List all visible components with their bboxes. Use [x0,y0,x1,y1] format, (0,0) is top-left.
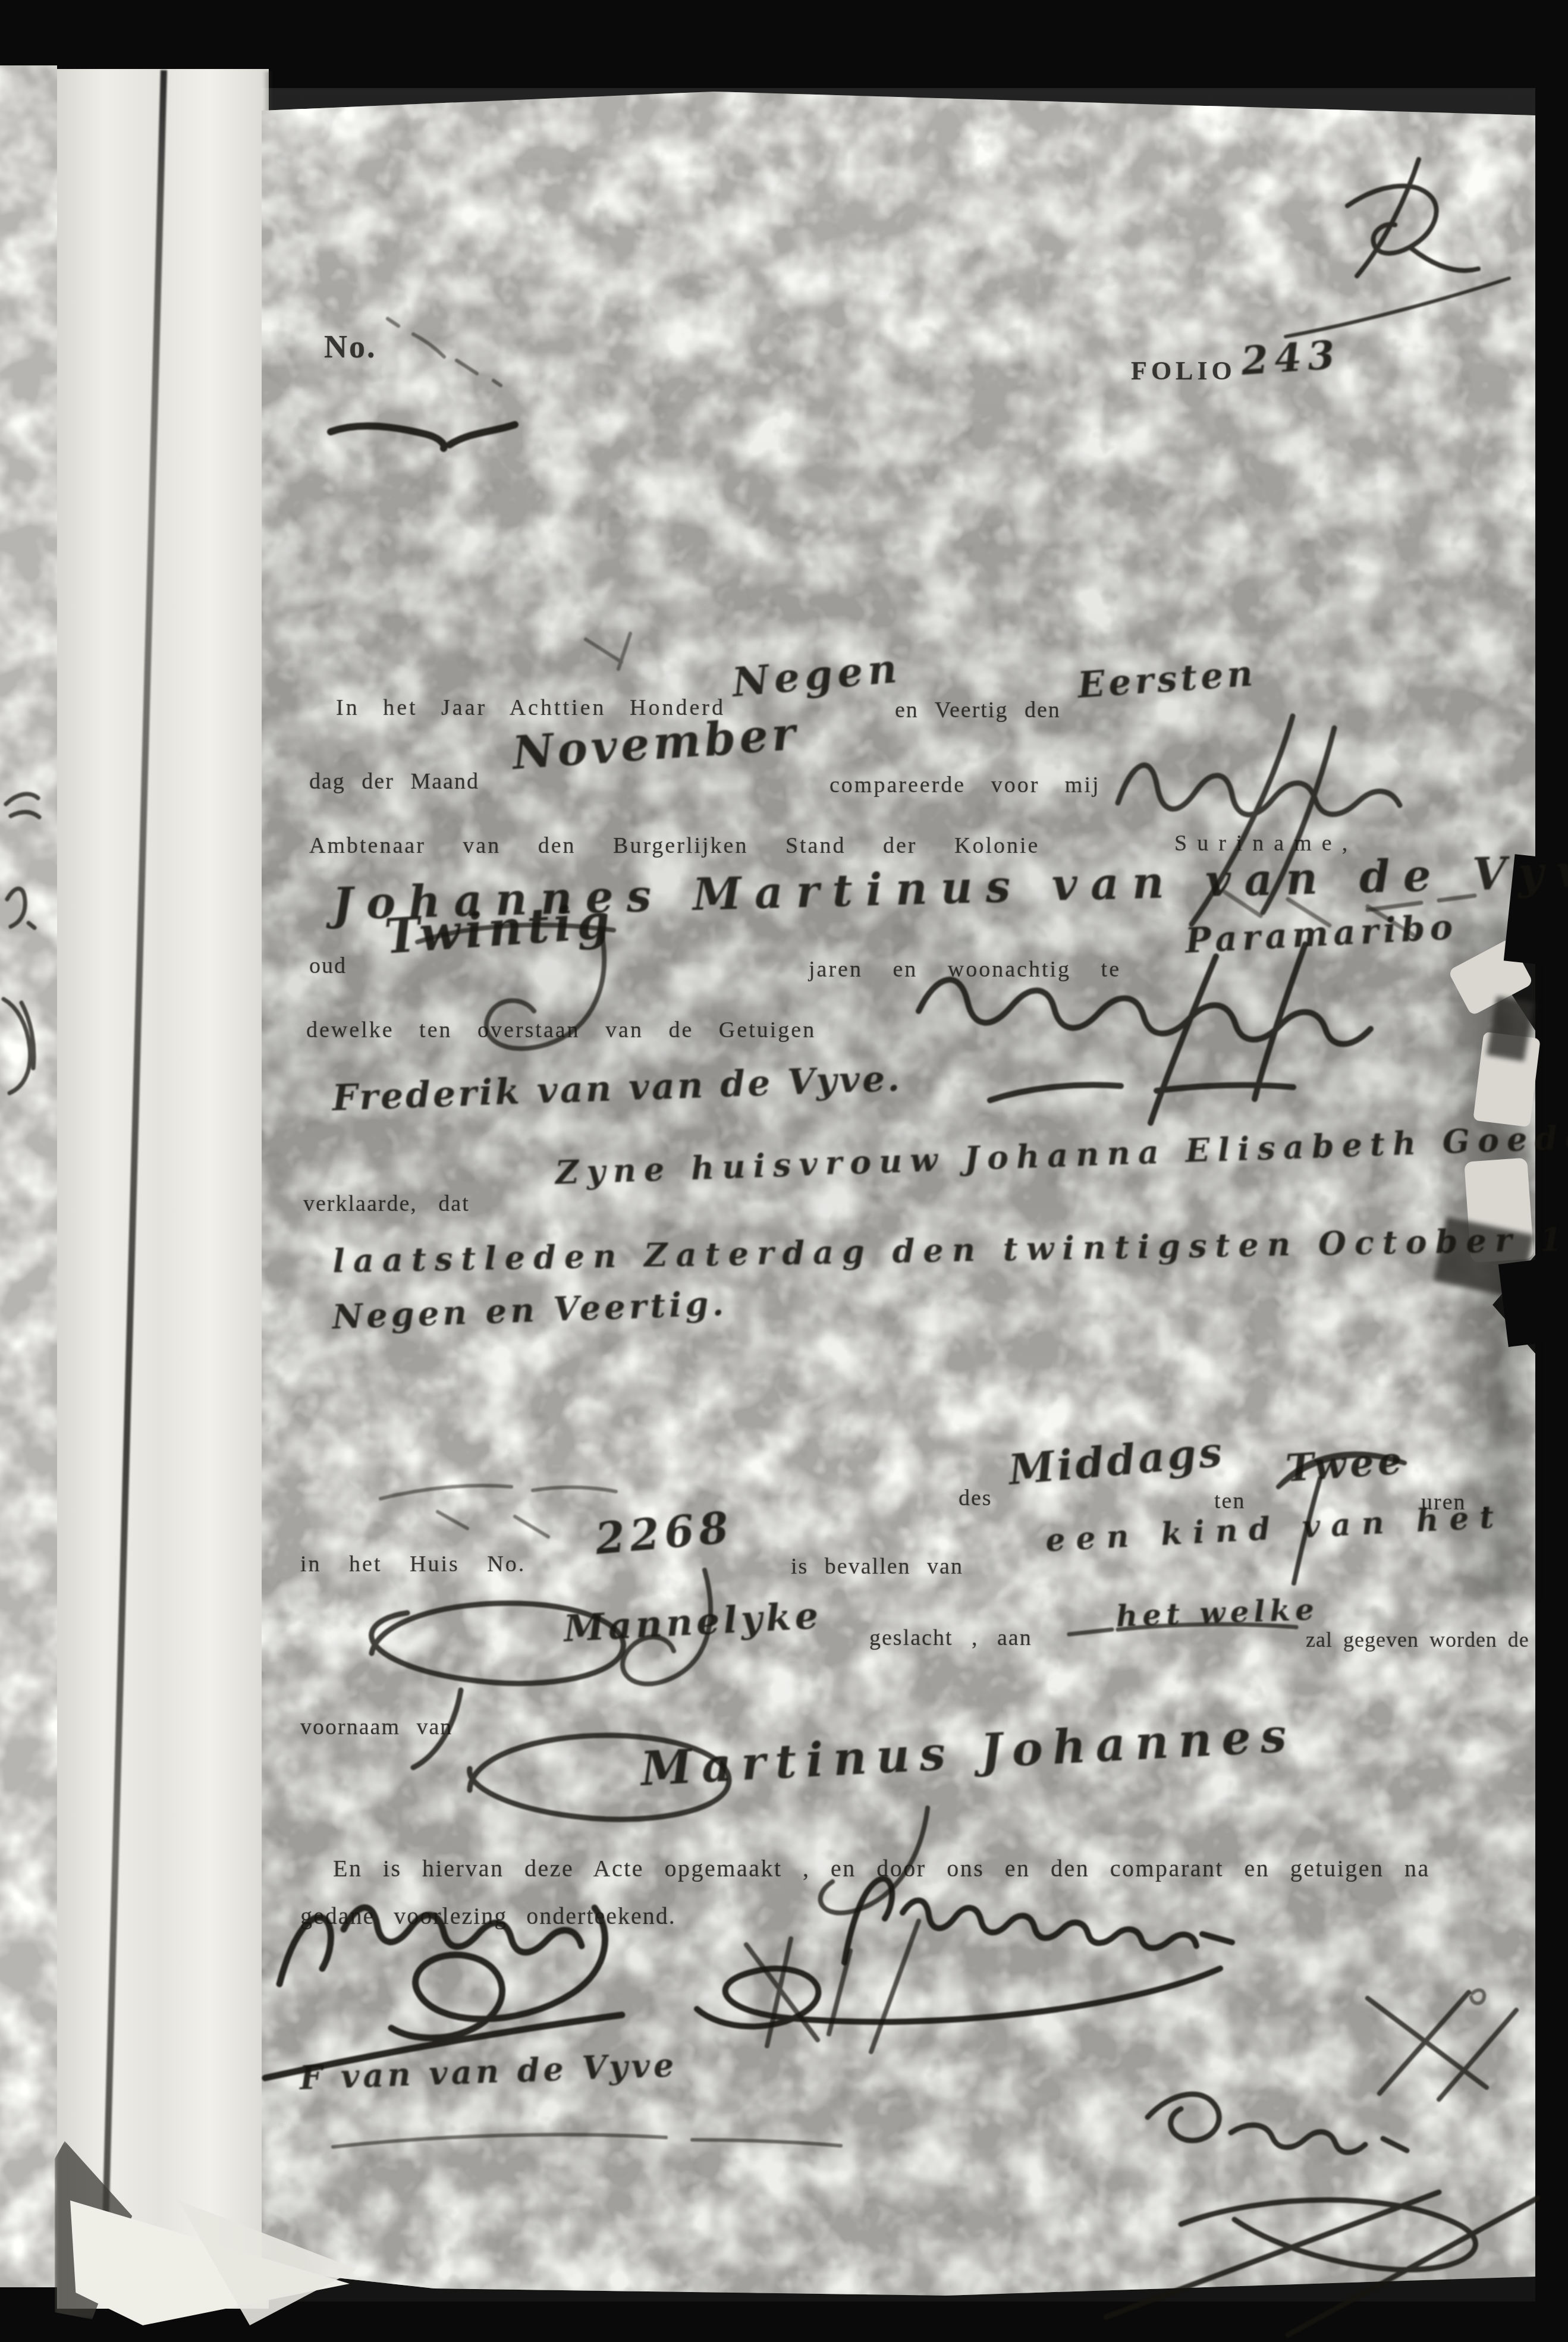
age-flourish [417,925,614,1048]
small-ink-mark [1471,1990,1484,2003]
signature-4-underline [333,2134,841,2147]
hour-t-flourish [1278,1454,1404,1583]
stray-marks-top [586,633,630,669]
signature-1-x-marks [746,1921,919,2052]
stray-marks-residence [1225,892,1415,936]
no-underline-flourish [331,425,515,448]
name-oval-flourish [470,1735,729,1819]
stray-marks-house [381,1486,616,1537]
gender-oval-flourish [372,1603,624,1768]
archival-photo: No. FOLIO 243 In het Jaar Achttien Honde… [0,0,1568,2342]
no-number-scrawl [388,319,501,385]
witness-names-scrawl [919,944,1371,1123]
dash-strokes [1368,896,1475,910]
margin-fragment-3 [4,999,34,1093]
signature-2-x-marks [1368,1992,1516,2099]
margin-fragment-1 [6,794,39,817]
margin-fragment-2 [7,889,34,928]
signature-1 [265,1908,622,2078]
signature-3 [1106,2094,1538,2335]
name-descender [821,1808,928,1913]
official-signature-scrawl [1118,716,1400,924]
aan-het-strike [1069,1624,1296,1634]
corner-monogram [1347,159,1478,276]
corner-monogram-tail [1286,278,1509,337]
house-number-loop [623,1570,711,1684]
ink-overlay [0,0,1568,2342]
